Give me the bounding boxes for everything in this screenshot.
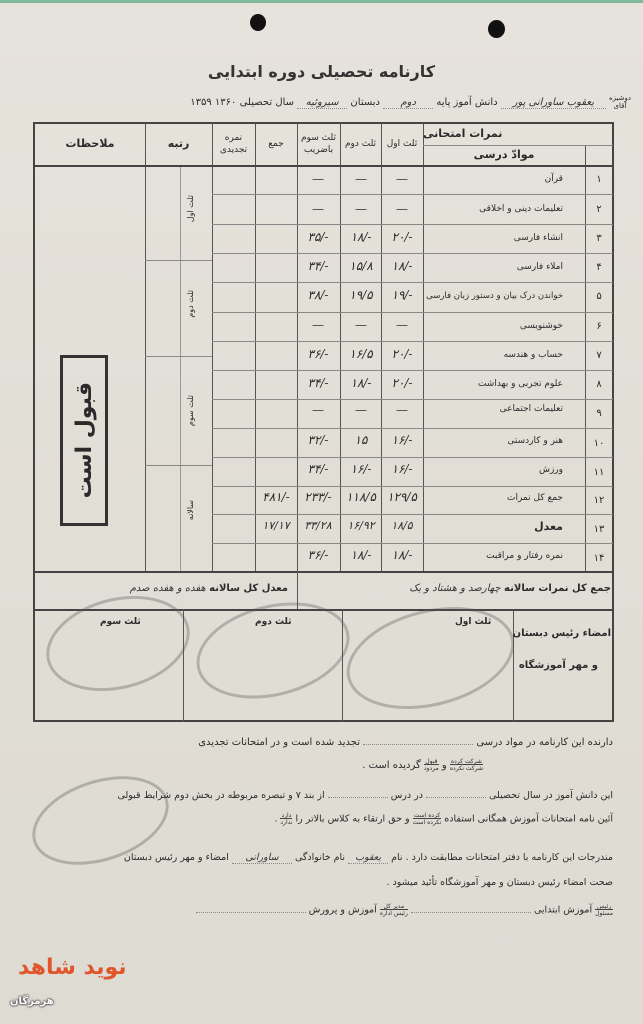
salutation-female: دوشیزه <box>609 94 631 102</box>
accepted-stamp: قبول است <box>60 355 108 526</box>
navid-shahed-logo: نوید شاهد <box>18 955 127 980</box>
header-term1: ثلث اول <box>381 124 423 165</box>
header-subjects: موادّ درسی <box>423 146 585 165</box>
year-label: سال تحصیلی <box>240 97 294 108</box>
header-exam-grades: نمرات امتحانی <box>423 124 585 145</box>
header-term2: ثلث دوم <box>340 124 381 165</box>
footer-line-7: رئیسمسئول آموزش ابتدایی مدیر کلرئیس ادار… <box>196 903 613 917</box>
report-card-page: کارنامه تحصیلی دوره ابتدایی دوشیزه آقای … <box>0 0 643 1024</box>
student-info-line: دوشیزه آقای یعقوب ساورانی پور دانش آموز … <box>190 94 631 110</box>
punch-hole-left <box>250 14 266 31</box>
header-term3: ثلث سوم باضریب <box>297 124 340 165</box>
rank-annual: سالانه <box>186 500 195 520</box>
punch-hole-right <box>488 20 505 38</box>
footer-line-1: دارنده این کارنامه در مواد درسی تجدید شد… <box>198 737 613 748</box>
school-seal-label: و مهر آموزشگاه <box>519 660 598 671</box>
rank-term2: ثلث دوم <box>186 290 195 318</box>
document-title: کارنامه تحصیلی دوره ابتدایی <box>0 62 643 81</box>
footer-line-4: آئین نامه امتحانات آموزش همگانی استفاده … <box>274 812 613 826</box>
annual-total-label: جمع کل نمرات سالانه <box>504 583 611 594</box>
grade-label: دانش آموز پایه <box>436 97 497 108</box>
header-total: جمع <box>255 124 297 165</box>
grade-value: دوم <box>383 97 433 109</box>
annual-total-value: چهارصد و هشتاد و یک <box>409 583 500 594</box>
header-rank: رتبه <box>145 124 212 165</box>
region-label: هرمزگان <box>10 996 54 1007</box>
footer-line-3: این دانش آموز در سال تحصیلی در درس از بن… <box>117 790 613 801</box>
footer-line-5: مندرجات این کارنامه با دفتر امتحانات مطا… <box>124 852 613 864</box>
salutation-male: آقای <box>614 102 627 110</box>
first-name: یعقوب <box>348 852 388 864</box>
year-value: ۱۳۶۰ ۱۳۵۹ <box>190 97 236 108</box>
annual-average: معدل کل سالانه هفده و هفده صدم <box>130 583 288 594</box>
family-name: ساورانی <box>232 852 292 864</box>
footer-line-6: صحت امضاء رئیس دبستان و مهر آموزشگاه تأئ… <box>386 877 613 888</box>
principal-signature-label: امضاء رئیس دبستان <box>513 628 611 639</box>
header-retake: نمره تجدیدی <box>212 124 255 165</box>
annual-total: جمع کل نمرات سالانه چهارصد و هشتاد و یک <box>409 583 611 594</box>
school-value: سیروئیه <box>297 97 347 109</box>
scan-edge <box>0 0 643 3</box>
header-notes: ملاحظات <box>35 124 145 165</box>
rank-term1: ثلث اول <box>186 195 195 222</box>
school-label: دبستان <box>350 97 380 108</box>
rank-term3: ثلث سوم <box>186 395 195 426</box>
footer-line-2: شرکت کردهشرکت نکرده و قبولمردود گردیده ا… <box>362 758 483 772</box>
student-name: یعقوب ساورانی پور <box>501 97 606 109</box>
annual-average-label: معدل کل سالانه <box>209 583 288 594</box>
annual-average-value: هفده و هفده صدم <box>130 583 206 594</box>
